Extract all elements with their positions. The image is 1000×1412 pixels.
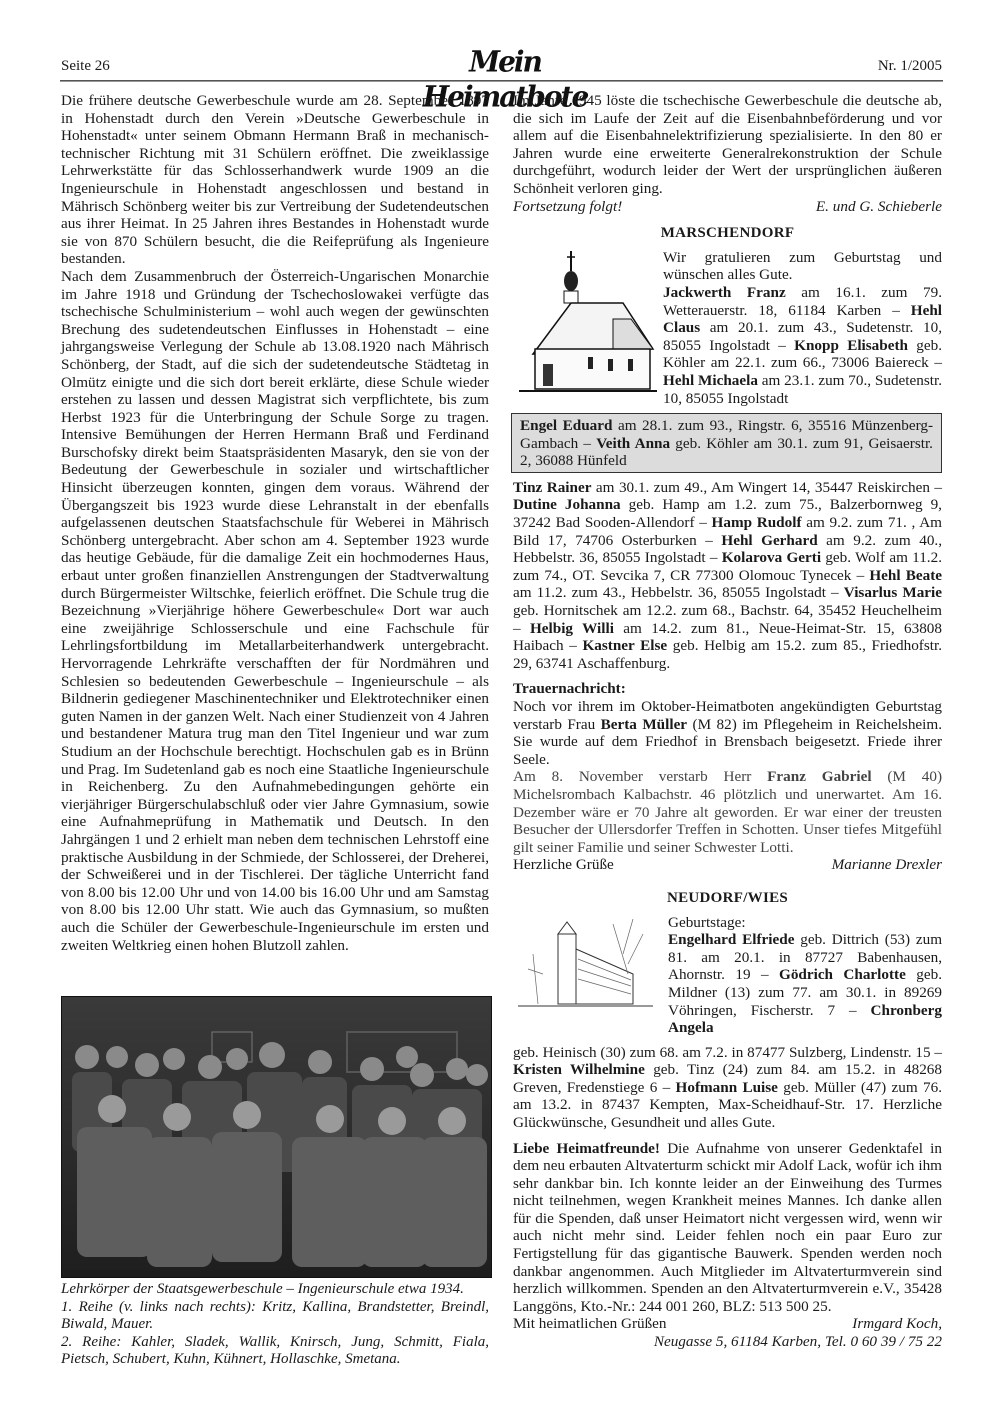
more-birthdays: Tinz Rainer am 30.1. zum 49., Am Wingert… [513,479,942,673]
birthday-name: Hehl Gerhard [721,532,817,549]
letter-signature: Irmgard Koch, [852,1315,942,1333]
birthday-details: geb. Heinisch (30) zum 68. am 7.2. in 87… [513,1044,942,1061]
header-rule [60,80,943,82]
church-sketch-icon [513,914,668,1044]
highlighted-birthdays-box: Engel Eduard am 28.1. zum 93., Ringstr. … [511,413,942,473]
birthday-name: Engel Eduard [520,417,612,434]
birthday-details: am 11.2. zum 43., Hebbelstr. 36, 85055 I… [513,584,844,601]
article-signature-row: Fortsetzung folgt! E. und G. Schieberle [513,198,942,216]
birthday-name: Kolarova Gerti [722,549,821,566]
mourning-text: Am 8. November verstarb Herr [513,768,767,785]
article-paragraph-2: Nach dem Zusammenbruch der Österreich-Un… [61,268,489,954]
closing-greeting: Herzliche Grüße [513,856,614,874]
caption-row-2: 2. Reihe: Kahler, Sladek, Wallik, Knirsc… [61,1334,489,1369]
right-column: Im Jahre 1945 löste die tschechische Gew… [513,92,942,1351]
birthday-name: Kastner Else [582,637,667,654]
mourning-notice-2: Am 8. November verstarb Herr Franz Gabri… [513,768,942,856]
letter-paragraph: Liebe Heimatfreunde! Die Aufnahme von un… [513,1140,942,1316]
greeting-text: Wir gratulieren zum Geburtstag und wünsc… [663,249,942,284]
letter-address: Neugasse 5, 61184 Karben, Tel. 0 60 39 /… [513,1333,942,1351]
marschendorf-list: Wir gratulieren zum Geburtstag und wünsc… [663,249,942,407]
birthday-name: Knopp Elisabeth [794,337,908,354]
birthdays-label: Geburtstage: [668,914,746,931]
left-column: Die frühere deutsche Gewerbeschule wurde… [61,92,489,954]
signature: Marianne Drexler [832,856,942,874]
issue-number: Nr. 1/2005 [878,58,942,75]
group-photo [61,996,492,1278]
birthday-name: Hehl Beate [869,567,942,584]
birthday-name: Kristen Wilhelmine [513,1061,645,1078]
neudorf-list-top: Geburtstage: Engelhard Elfriede geb. Dit… [668,914,942,1044]
caption-row-1: 1. Reihe (v. links nach rechts): Kritz, … [61,1299,489,1334]
mourning-notice-1: Noch vor ihrem im Oktober-Heimatboten an… [513,698,942,768]
mourning-label: Trauernachricht: [513,680,942,698]
birthday-name: Engelhard Elfriede [668,931,794,948]
birthday-name: Gödrich Charlotte [779,966,906,983]
page-number: Seite 26 [61,58,110,75]
neudorf-birthdays: Geburtstage: Engelhard Elfriede geb. Dit… [513,914,942,1044]
caption-title: Lehrkörper der Staatsgewerbeschule – Ing… [61,1281,489,1299]
article-paragraph-1: Die frühere deutsche Gewerbeschule wurde… [61,92,489,268]
continuation-note: Fortsetzung folgt! [513,198,622,216]
section-heading-neudorf: NEUDORF/WIES [513,890,942,908]
birthday-name: Hehl Michaela [663,372,758,389]
birthday-name: Hofmann Luise [676,1079,778,1096]
birthday-name: Helbig Willi [530,620,614,637]
neudorf-list-continued: geb. Heinisch (30) zum 68. am 7.2. in 87… [513,1044,942,1132]
letter-closing: Mit heimatlichen Grüßen [513,1315,667,1333]
birthday-name: Dutine Johanna [513,496,621,513]
birthday-name: Visarlus Marie [844,584,942,601]
birthday-name: Hamp Rudolf [712,514,802,531]
letter-signature-row: Mit heimatlichen Grüßen Irmgard Koch, [513,1315,942,1333]
birthday-details: am 30.1. zum 49., Am Wingert 14, 35447 R… [591,479,942,496]
marschendorf-birthdays: Wir gratulieren zum Geburtstag und wünsc… [513,249,942,407]
letter-salutation: Liebe Heimatfreunde! [513,1140,660,1157]
deceased-name: Berta Müller [601,716,687,733]
article-continuation: Im Jahre 1945 löste die tschechische Gew… [513,92,942,198]
letter-body: Die Aufnahme von unserer Gedenktafel in … [513,1140,942,1315]
birthday-name: Jackwerth Franz [663,284,786,301]
section-heading-marschendorf: MARSCHENDORF [513,225,942,243]
photo-caption: Lehrkörper der Staatsgewerbeschule – Ing… [61,1281,489,1369]
marschendorf-signature-row: Herzliche Grüße Marianne Drexler [513,856,942,874]
group-photo-image [62,997,491,1277]
deceased-name: Franz Gabriel [767,768,871,785]
birthday-name: Veith Anna [596,435,670,452]
chapel-illustration-icon [513,249,663,399]
birthday-name: Tinz Rainer [513,479,591,496]
article-authors: E. und G. Schieberle [816,198,942,216]
